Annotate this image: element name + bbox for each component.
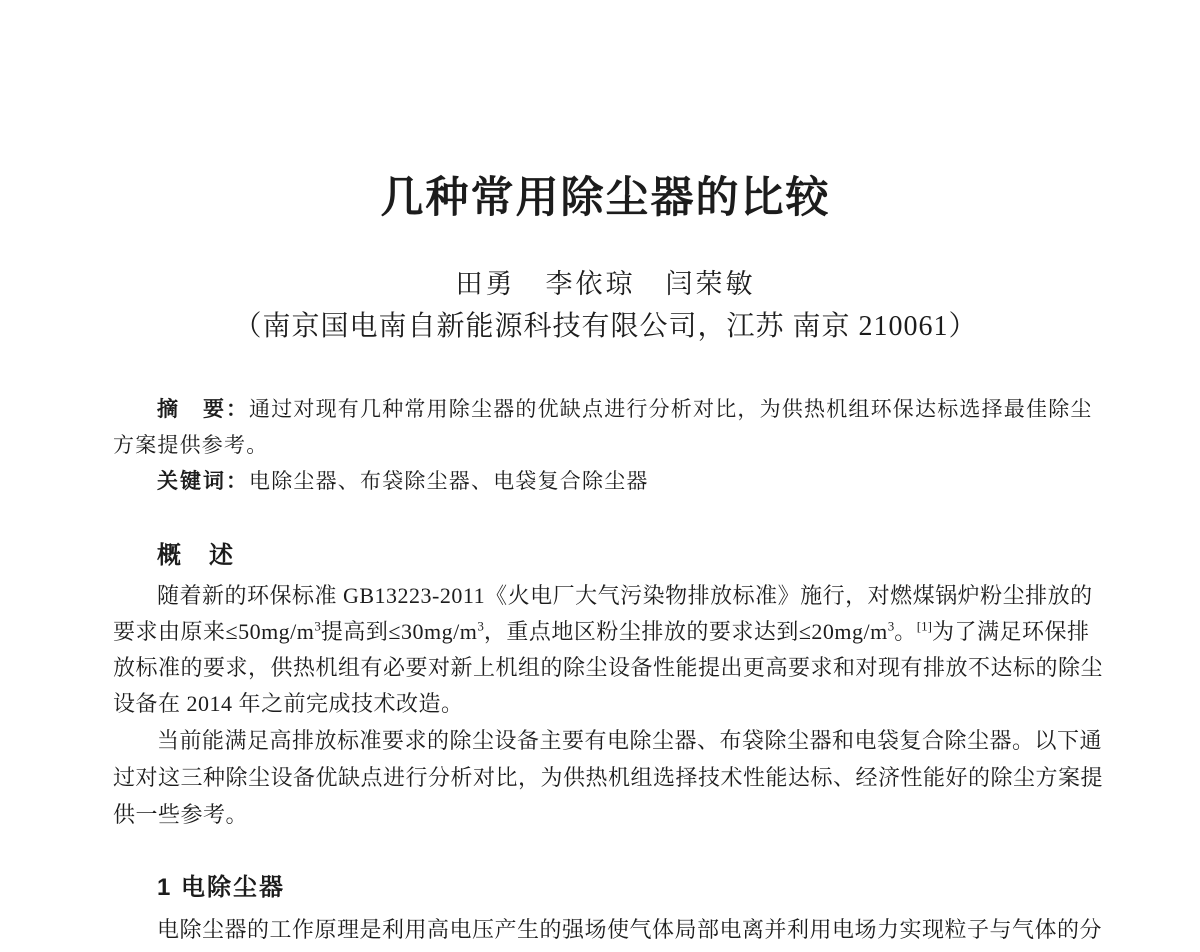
authors-line: 田勇 李依琼 闫荣敏 — [113, 266, 1098, 302]
overview-p1-line3: 放标准的要求，供热机组有必要对新上机组的除尘设备性能提出更高要求和对现有排放不达… — [113, 653, 1103, 683]
overview-p2-line3: 供一些参考。 — [113, 800, 248, 830]
p1l2-seg0: 要求由原来≤50mg/m — [113, 619, 314, 644]
section1-heading: 1 电除尘器 — [157, 872, 285, 904]
p1l2-seg6: 。 — [894, 619, 917, 644]
keywords-text: 电除尘器、布袋除尘器、电袋复合除尘器 — [249, 469, 649, 493]
overview-p1-line2: 要求由原来≤50mg/m3提高到≤30mg/m3，重点地区粉尘排放的要求达到≤2… — [113, 617, 1089, 647]
scanned-paper-page: { "colors": { "ink": "#1c1c1c", "backgro… — [0, 0, 1200, 952]
abstract-label: 摘 要： — [157, 398, 249, 421]
overview-p1-line4: 设备在 2014 年之前完成技术改造。 — [113, 689, 464, 719]
affiliation-line: （南京国电南自新能源科技有限公司，江苏 南京 210061） — [113, 306, 1098, 348]
overview-p2-line2: 过对这三种除尘设备优缺点进行分析对比，为供热机组选择技术性能达标、经济性能好的除… — [113, 763, 1103, 793]
section1-line1: 电除尘器的工作原理是利用高电压产生的强场使气体局部电离并利用电场力实现粒子与气体… — [157, 915, 1102, 945]
overview-p1-line1: 随着新的环保标准 GB13223-2011《火电厂大气污染物排放标准》施行，对燃… — [157, 581, 1093, 611]
overview-heading: 概 述 — [157, 540, 235, 572]
overview-p2-line1: 当前能满足高排放标准要求的除尘设备主要有电除尘器、布袋除尘器和电袋复合除尘器。以… — [157, 726, 1102, 756]
keywords-line: 关键词：电除尘器、布袋除尘器、电袋复合除尘器 — [157, 466, 649, 497]
p1l2-seg4: ，重点地区粉尘排放的要求达到≤20mg/m — [484, 619, 888, 644]
abstract-line-1: 摘 要：通过对现有几种常用除尘器的优缺点进行分析对比，为供热机组环保达标选择最佳… — [157, 394, 1093, 425]
abstract-line-2: 方案提供参考。 — [113, 430, 268, 460]
citation-reference-1: [1] — [917, 619, 932, 634]
p1l2-seg2: 提高到≤30mg/m — [321, 619, 477, 644]
abstract-text: 通过对现有几种常用除尘器的优缺点进行分析对比，为供热机组环保达标选择最佳除尘 — [249, 397, 1093, 421]
paper-title: 几种常用除尘器的比较 — [113, 174, 1098, 224]
p1l2-seg8: 为了满足环保排 — [932, 619, 1090, 644]
keywords-label: 关键词： — [157, 470, 249, 493]
